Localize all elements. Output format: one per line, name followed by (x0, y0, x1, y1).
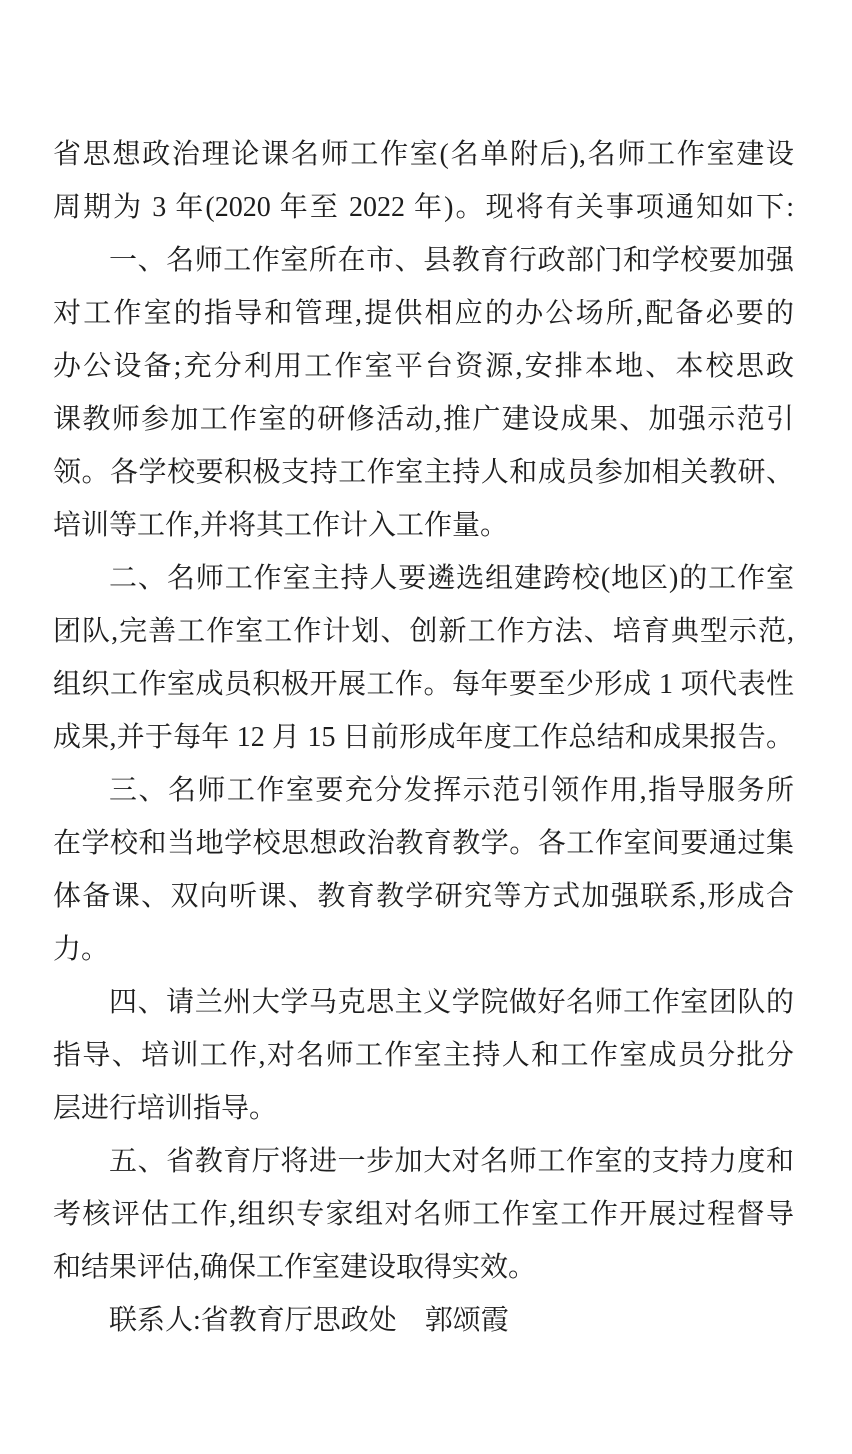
text-line: 联系人:省教育厅思政处 郭颂霞 (53, 1294, 794, 1347)
text-line: 团队,完善工作室工作计划、创新工作方法、培育典型示范, (53, 605, 794, 658)
text-line: 和结果评估,确保工作室建设取得实效。 (53, 1241, 794, 1294)
text-line: 一、名师工作室所在市、县教育行政部门和学校要加强 (53, 234, 794, 287)
text-line: 三、名师工作室要充分发挥示范引领作用,指导服务所 (53, 764, 794, 817)
text-line: 对工作室的指导和管理,提供相应的办公场所,配备必要的 (53, 287, 794, 340)
text-line: 五、省教育厅将进一步加大对名师工作室的支持力度和 (53, 1135, 794, 1188)
text-line: 指导、培训工作,对名师工作室主持人和工作室成员分批分 (53, 1029, 794, 1082)
text-line: 领。各学校要积极支持工作室主持人和成员参加相关教研、 (53, 446, 794, 499)
text-line: 四、请兰州大学马克思主义学院做好名师工作室团队的 (53, 976, 794, 1029)
text-line: 课教师参加工作室的研修活动,推广建设成果、加强示范引 (53, 393, 794, 446)
text-line: 在学校和当地学校思想政治教育教学。各工作室间要通过集 (53, 817, 794, 870)
text-line: 力。 (53, 923, 794, 976)
text-line: 二、名师工作室主持人要遴选组建跨校(地区)的工作室 (53, 552, 794, 605)
document-body: 省思想政治理论课名师工作室(名单附后),名师工作室建设周期为 3 年(2020 … (53, 128, 794, 1347)
text-line: 培训等工作,并将其工作计入工作量。 (53, 499, 794, 552)
text-line: 办公设备;充分利用工作室平台资源,安排本地、本校思政 (53, 340, 794, 393)
text-line: 考核评估工作,组织专家组对名师工作室工作开展过程督导 (53, 1188, 794, 1241)
text-line: 体备课、双向听课、教育教学研究等方式加强联系,形成合 (53, 870, 794, 923)
text-line: 成果,并于每年 12 月 15 日前形成年度工作总结和成果报告。 (53, 711, 794, 764)
text-line: 层进行培训指导。 (53, 1082, 794, 1135)
text-line: 组织工作室成员积极开展工作。每年要至少形成 1 项代表性 (53, 658, 794, 711)
text-line: 周期为 3 年(2020 年至 2022 年)。现将有关事项通知如下: (53, 181, 794, 234)
text-line: 省思想政治理论课名师工作室(名单附后),名师工作室建设 (53, 128, 794, 181)
document-page: 省思想政治理论课名师工作室(名单附后),名师工作室建设周期为 3 年(2020 … (0, 0, 852, 1454)
